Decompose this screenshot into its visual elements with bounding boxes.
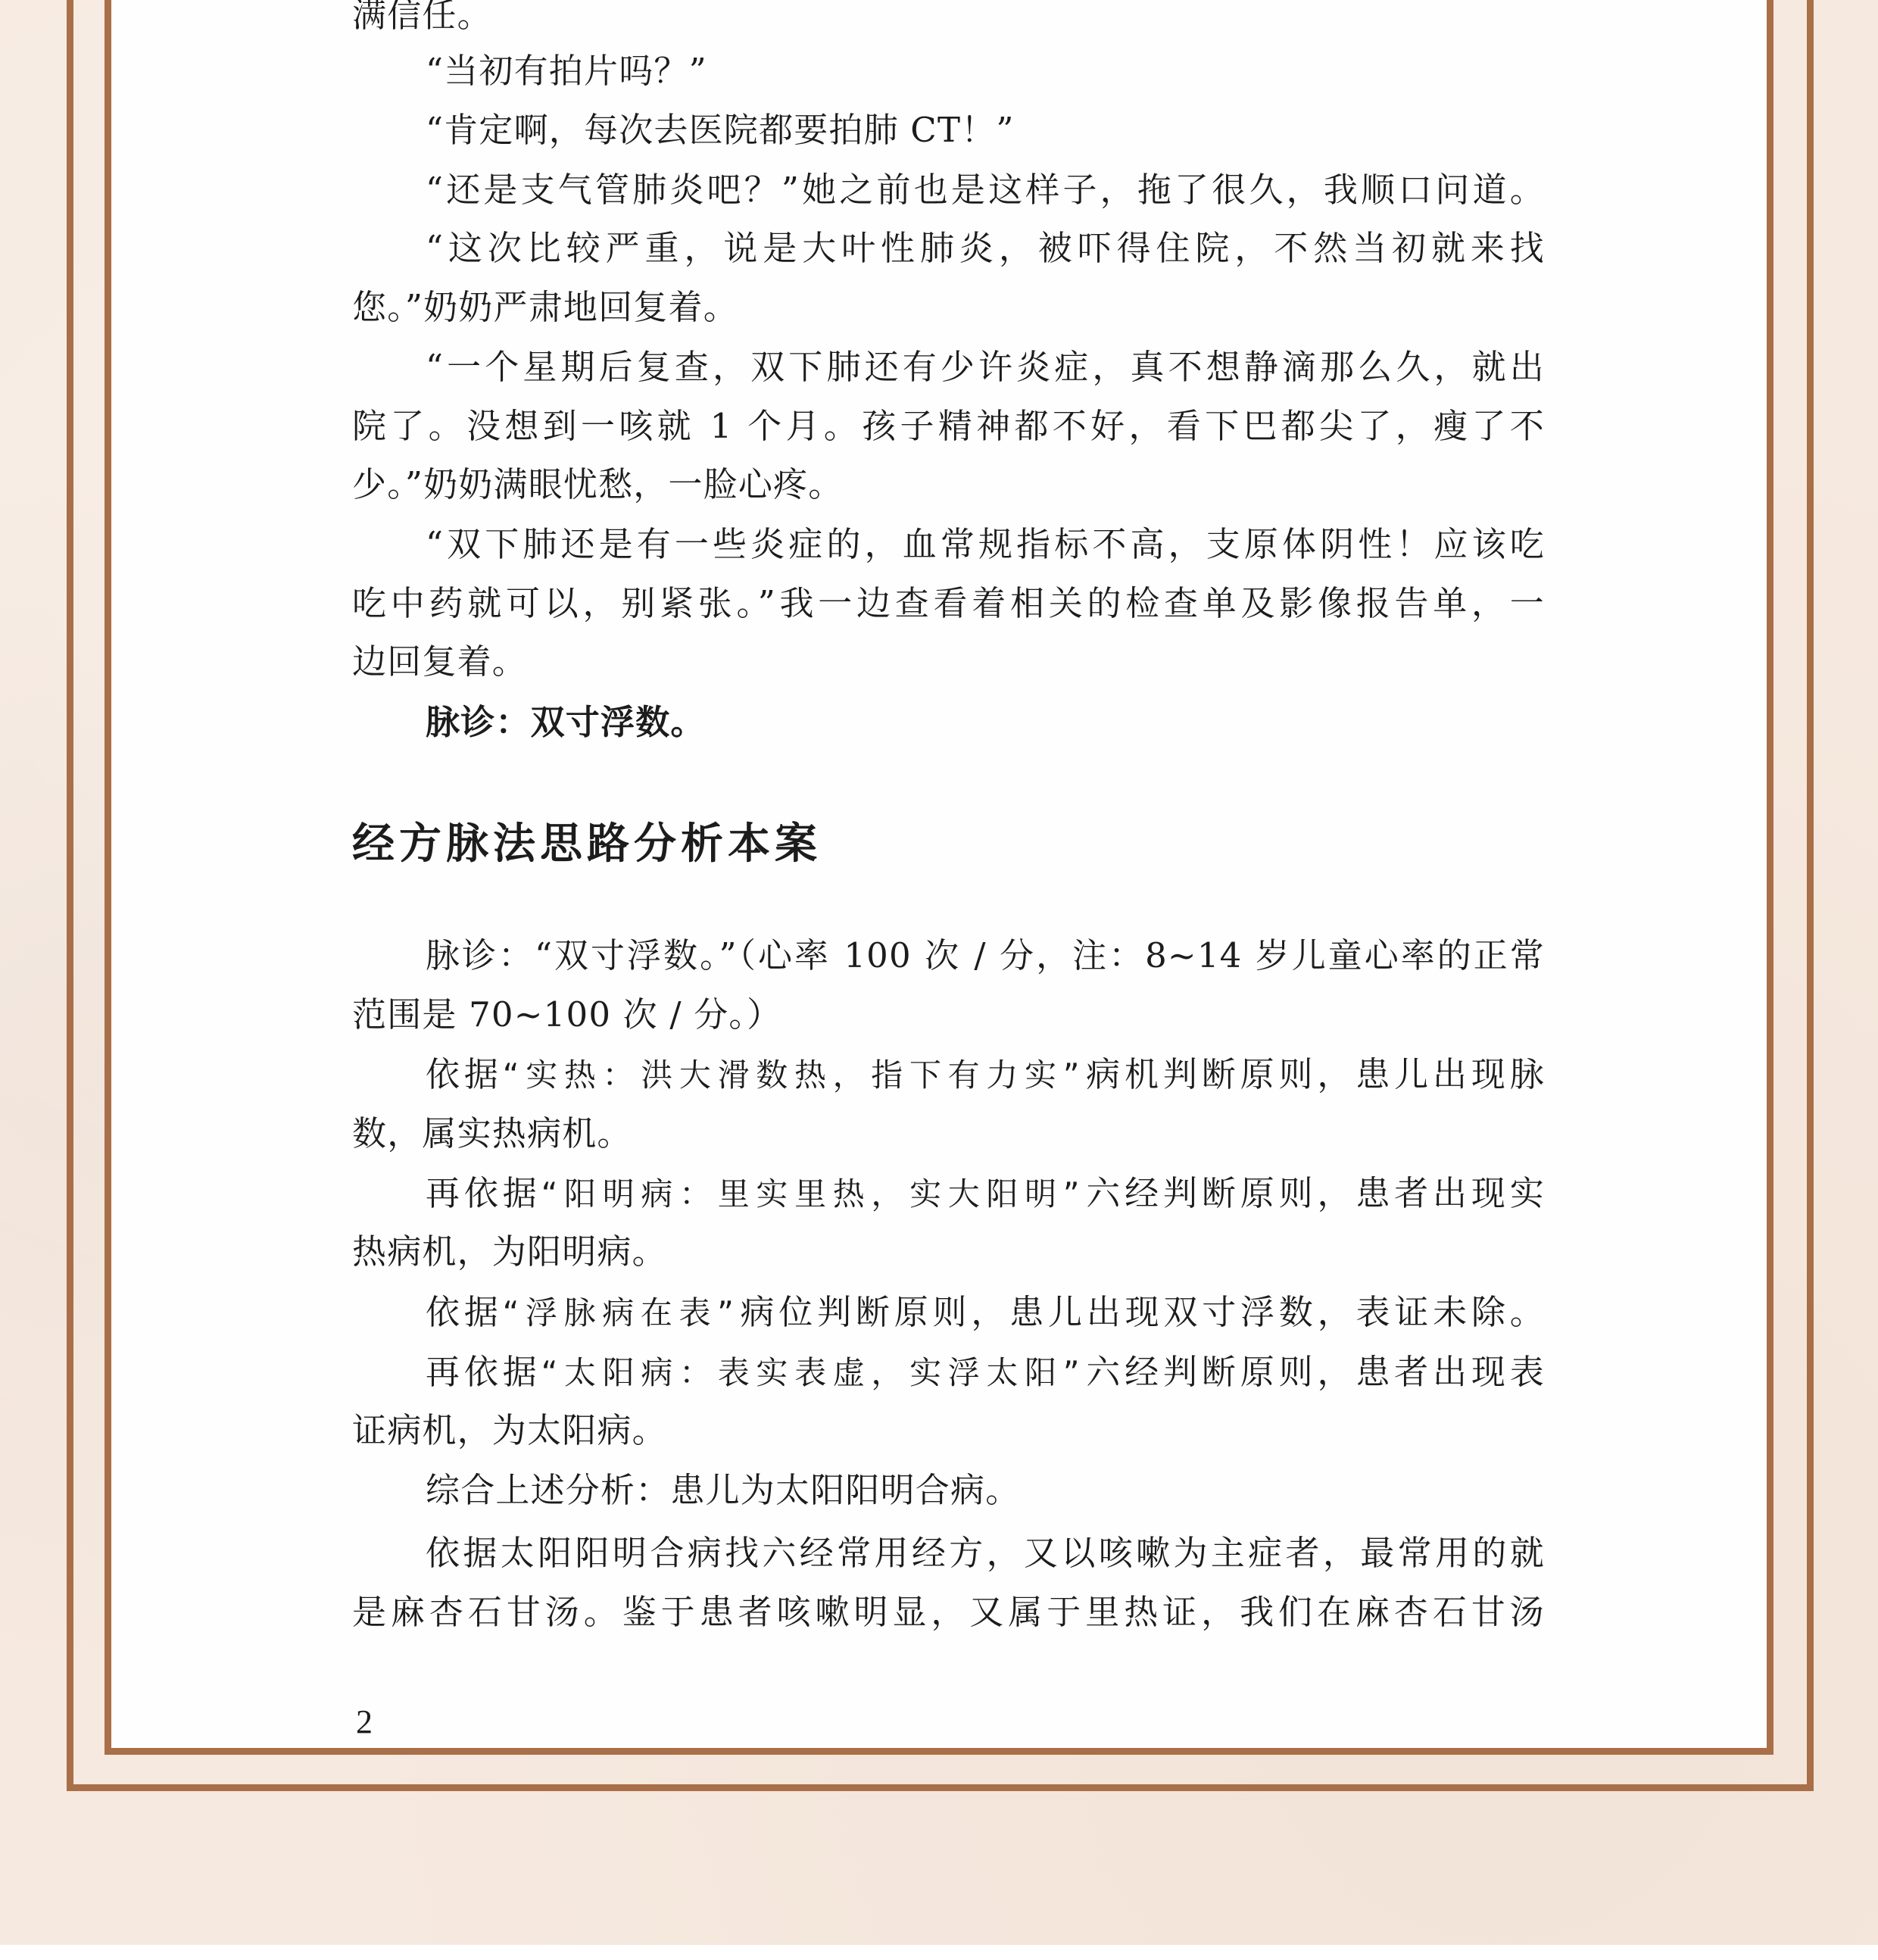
- story-line: “双下肺还是有一些炎症的，血常规指标不高，支原体阴性！应该吃: [426, 515, 1545, 574]
- analysis-text: 是麻杏石甘汤。鉴于患者咳嗽明显，又属于里热证，我们在麻杏石甘汤: [352, 1592, 1545, 1632]
- story-line: 院了。没想到一咳就 1 个月。孩子精神都不好，看下巴都尖了，瘦了不: [352, 397, 1545, 456]
- analysis-line: 依据“实热：洪大滑数热，指下有力实”病机判断原则，患儿出现脉: [426, 1045, 1545, 1104]
- analysis-line: 范围是 70~100 次 / 分。）: [352, 985, 1545, 1044]
- story-line: 满信任。: [352, 0, 1545, 45]
- analysis-line: 再依据“太阳病：表实表虚，实浮太阳”六经判断原则，患者出现表: [426, 1343, 1545, 1402]
- analysis-text: 数，属实热病机。: [352, 1113, 632, 1153]
- story-line: “一个星期后复查，双下肺还有少许炎症，真不想静滴那么久，就出: [426, 338, 1545, 397]
- analysis-line: 是麻杏石甘汤。鉴于患者咳嗽明显，又属于里热证，我们在麻杏石甘汤: [352, 1583, 1545, 1642]
- analysis-line: 再依据“阳明病：里实里热，实大阳明”六经判断原则，患者出现实: [426, 1164, 1545, 1223]
- analysis-line: 依据“浮脉病在表”病位判断原则，患儿出现双寸浮数，表证未除。: [426, 1283, 1545, 1342]
- analysis-text: 脉诊：“双寸浮数。”（心率 100 次 / 分，注：8~14 岁儿童心率的正常: [426, 935, 1545, 975]
- analysis-text: 六经判断原则，患者出现实: [1083, 1173, 1545, 1213]
- analysis-text: 证病机，为太阳病。: [352, 1410, 667, 1450]
- analysis-line: 热病机，为阳明病。: [352, 1222, 1545, 1281]
- story-line: 您。”奶奶严肃地回复着。: [352, 278, 1545, 337]
- analysis-text: 热病机，为阳明病。: [352, 1231, 667, 1272]
- analysis-text: 依据: [426, 1054, 503, 1094]
- story-line: 吃中药就可以，别紧张。”我一边查看着相关的检查单及影像报告单，一: [352, 574, 1545, 633]
- analysis-line: 综合上述分析：患儿为太阳阳明合病。: [426, 1461, 1545, 1520]
- quoted-principle: “实热：洪大滑数热，指下有力实”: [503, 1056, 1083, 1094]
- quoted-principle: “阳明病：里实里热，实大阳明”: [541, 1175, 1083, 1213]
- analysis-line: 数，属实热病机。: [352, 1104, 1545, 1163]
- quoted-principle: “浮脉病在表”: [503, 1294, 737, 1331]
- section-heading: 经方脉法思路分析本案: [352, 814, 822, 875]
- analysis-text: 六经判断原则，患者出现表: [1083, 1352, 1545, 1392]
- story-line: “肯定啊，每次去医院都要拍肺 CT！”: [426, 101, 1545, 160]
- quoted-principle: “太阳病：表实表虚，实浮太阳”: [541, 1354, 1083, 1391]
- story-line: “当初有拍片吗？”: [426, 42, 1545, 101]
- story-line: “这次比较严重，说是大叶性肺炎，被吓得住院，不然当初就来找: [426, 219, 1545, 278]
- analysis-text: 综合上述分析：患儿为太阳阳明合病。: [426, 1470, 1020, 1510]
- analysis-line: 依据太阳阳明合病找六经常用经方，又以咳嗽为主症者，最常用的就: [426, 1524, 1545, 1583]
- analysis-text: 再依据: [426, 1352, 541, 1392]
- story-line: “还是支气管肺炎吧？”她之前也是这样子，拖了很久，我顺口问道。: [426, 161, 1545, 220]
- book-page: 满信任。 “当初有拍片吗？” “肯定啊，每次去医院都要拍肺 CT！” “还是支气…: [0, 0, 1878, 1960]
- analysis-text: 依据: [426, 1292, 503, 1332]
- analysis-line: 证病机，为太阳病。: [352, 1401, 1545, 1460]
- analysis-text: 再依据: [426, 1173, 541, 1213]
- analysis-text: 范围是 70~100 次 / 分。）: [352, 994, 781, 1035]
- analysis-text: 病机判断原则，患儿出现脉: [1082, 1054, 1545, 1094]
- story-line: 边回复着。: [352, 632, 1545, 691]
- analysis-text: 依据太阳阳明合病找六经常用经方，又以咳嗽为主症者，最常用的就: [426, 1533, 1545, 1573]
- story-line: 少。”奶奶满眼忧愁，一脸心疼。: [352, 455, 1545, 514]
- page-number: 2: [356, 1704, 373, 1740]
- pulse-diagnosis-line: 脉诊：双寸浮数。: [426, 693, 1545, 752]
- analysis-line: 脉诊：“双寸浮数。”（心率 100 次 / 分，注：8~14 岁儿童心率的正常: [426, 926, 1545, 985]
- analysis-text: 病位判断原则，患儿出现双寸浮数，表证未除。: [737, 1292, 1545, 1332]
